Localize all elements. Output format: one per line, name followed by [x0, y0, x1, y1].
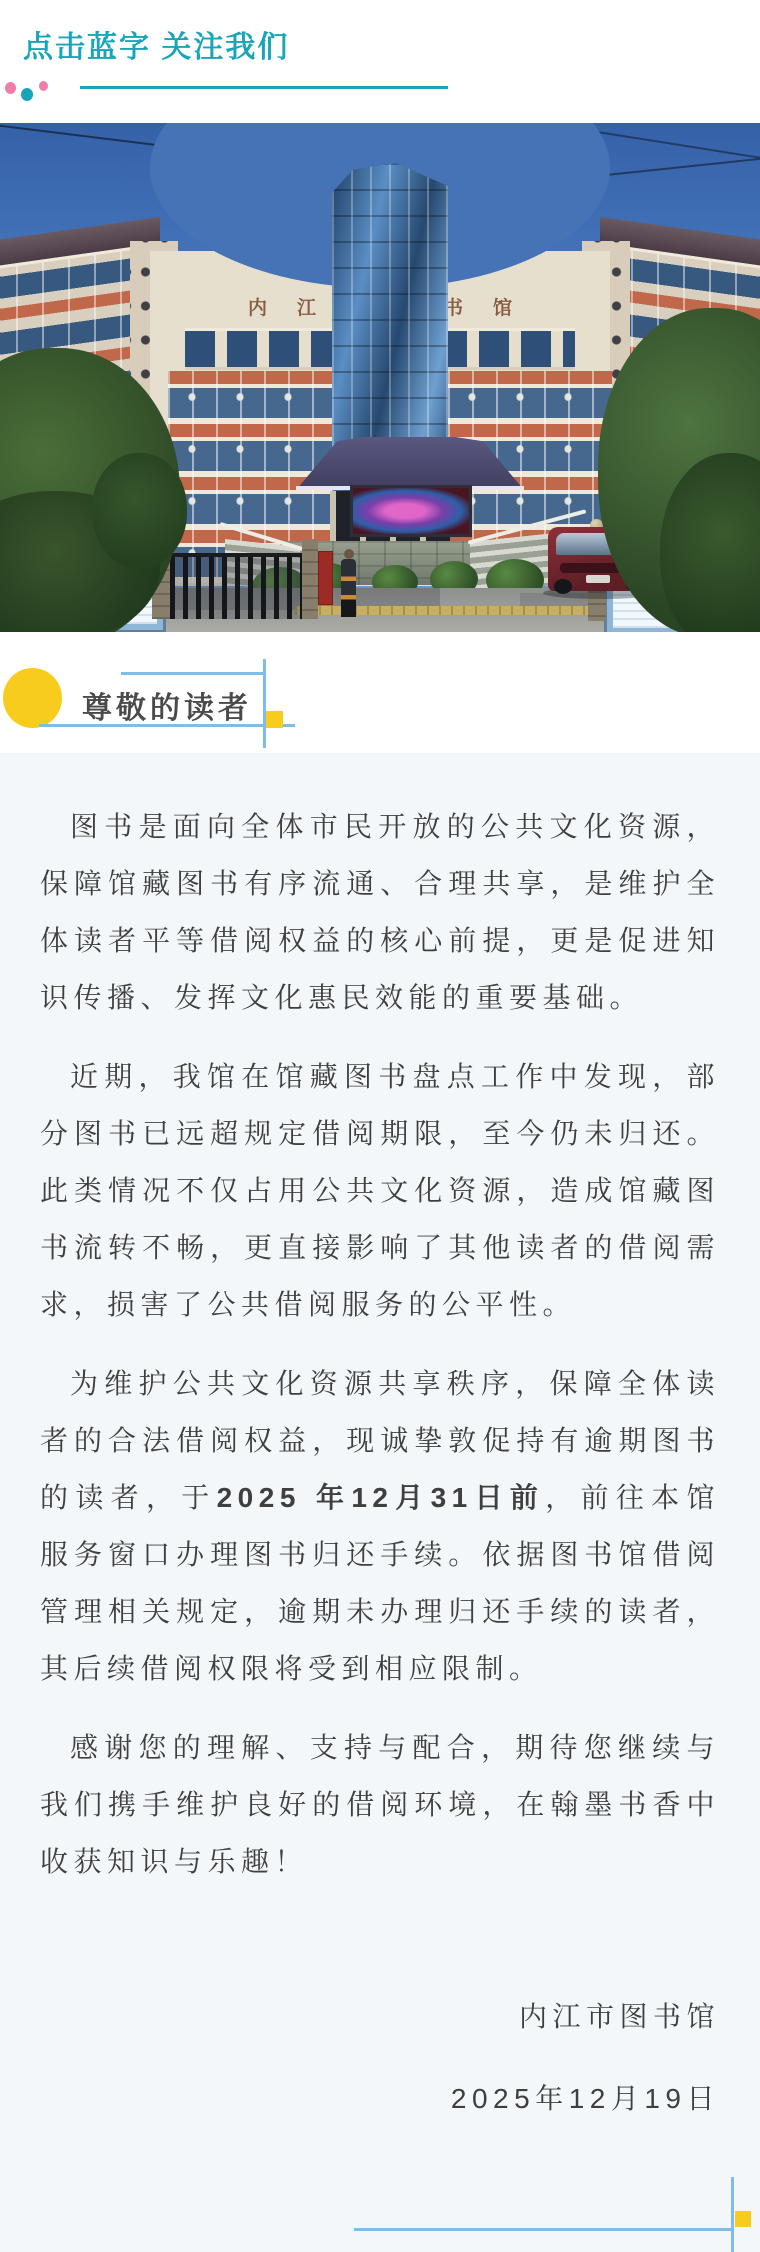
follow-us-link[interactable]: 点击蓝字 关注我们 — [23, 22, 289, 66]
section-decor-line-top — [121, 672, 263, 675]
header-divider-line — [80, 86, 448, 89]
gate-pillar — [302, 539, 318, 619]
gate-fence — [170, 553, 302, 619]
suv-wheel — [554, 579, 572, 594]
security-guard — [341, 559, 356, 617]
paragraph: 为维护公共文化资源共享秩序，保障全体读者的合法借阅权益，现诚挚敦促持有逾期图书的… — [40, 1355, 720, 1697]
footer-decor-line-vertical — [731, 2177, 734, 2252]
security-guard — [344, 549, 354, 559]
paragraph: 近期，我馆在馆藏图书盘点工作中发现，部分图书已远超规定借阅期限，至今仍未归还。此… — [40, 1048, 720, 1333]
article-body: 图书是面向全体市民开放的公共文化资源，保障馆藏图书有序流通、合理共享，是维护全体… — [40, 798, 720, 1890]
yellow-square-decor — [266, 711, 283, 728]
suv-license-plate — [586, 575, 610, 583]
yellow-circle-decor — [3, 668, 62, 728]
decor-dot-pink-2 — [39, 81, 48, 91]
section-decor-line-vertical — [263, 659, 266, 748]
paragraph: 图书是面向全体市民开放的公共文化资源，保障馆藏图书有序流通、合理共享，是维护全体… — [40, 798, 720, 1026]
section-title: 尊敬的读者 — [82, 683, 252, 727]
signature: 内江市图书馆 — [40, 1988, 720, 2045]
article-card: 图书是面向全体市民开放的公共文化资源，保障馆藏图书有序流通、合理共享，是维护全体… — [0, 753, 760, 2252]
date: 2025年12月19日 — [40, 2070, 720, 2127]
led-screen — [350, 485, 472, 537]
library-building-photo: 内江市图书馆 — [0, 123, 760, 632]
article-page: 点击蓝字 关注我们 内江市图书馆 — [0, 0, 760, 2252]
footer-decor-line-horizontal — [354, 2228, 733, 2231]
decor-dot-pink-1 — [5, 82, 16, 94]
footer-yellow-square-decor — [735, 2211, 751, 2227]
decor-dot-teal — [21, 88, 33, 101]
paragraph: 感谢您的理解、支持与配合，期待您继续与我们携手维护良好的借阅环境，在翰墨书香中收… — [40, 1719, 720, 1890]
tree-left — [92, 453, 187, 568]
red-notice-plaque — [318, 551, 333, 605]
